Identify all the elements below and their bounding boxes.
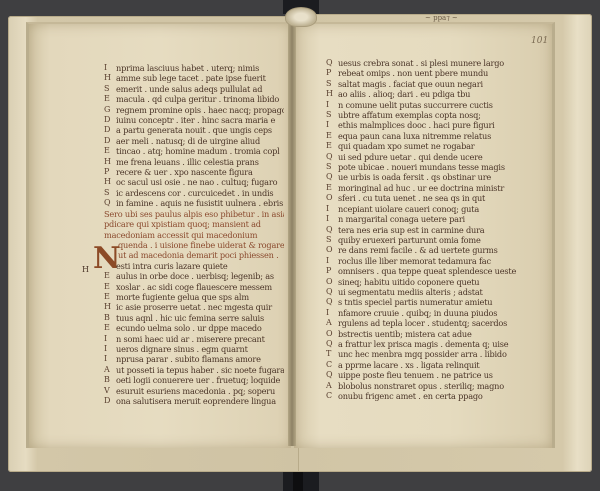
decorated-initial: N xyxy=(93,244,115,274)
line-initial: S xyxy=(326,79,338,89)
manuscript-line: Emorte fugiente gelua que sps alm xyxy=(104,292,284,302)
manuscript-line: Inprima lasciuus habet . uterq; nimis xyxy=(104,63,284,73)
line-text: onubu frigenc amet . en certa ppago xyxy=(338,391,526,401)
manuscript-line: Btuus aqnl . hic uic femina serre saluis xyxy=(104,313,284,323)
line-text: pote ubicae . noueri mundans tesse magis xyxy=(338,162,526,172)
line-initial: O xyxy=(326,245,338,255)
line-initial: Q xyxy=(326,225,338,235)
line-initial: E xyxy=(104,146,116,156)
left-page-text: Inprima lasciuus habet . uterq; nimisHam… xyxy=(104,63,284,406)
line-text: sferi . cu tuta uenet . ne sea qs in qut xyxy=(338,193,526,203)
line-initial: B xyxy=(104,375,116,385)
rubric-text: ut ad macedonia demarit poci phiessen . xyxy=(104,250,284,260)
line-text: equa paun cana luxa nitremme relatus xyxy=(338,131,526,141)
line-text: tincao . atq; homine madum . tromia copl xyxy=(116,146,284,156)
manuscript-line: Boeti logii conuerere uer . fruetuq; loq… xyxy=(104,375,284,385)
manuscript-line: Da partu generata nouit . que ungis ceps xyxy=(104,125,284,135)
manuscript-line: Equi quadam xpo sumet ne rogabar xyxy=(326,141,526,151)
right-verse-block: Quesus crebra sonat . si plesi munere la… xyxy=(326,58,526,401)
line-text: iuinu conceptr . iter . hinc sacra maria… xyxy=(116,115,284,125)
manuscript-line: Pomnisers . qua teppe queat splendesce u… xyxy=(326,266,526,276)
line-initial: P xyxy=(326,68,338,78)
line-text: s tntis speciel partis numeratur amietu xyxy=(338,297,526,307)
manuscript-line: In somi haec uid ar . miserere precant xyxy=(104,334,284,344)
line-text: nprusa parar . subito flamans amore xyxy=(116,354,284,364)
rubric-line: macedoniam accessit qui macedonium xyxy=(104,230,284,240)
rubric-text: macedoniam accessit qui macedonium xyxy=(104,230,284,240)
line-initial: S xyxy=(326,162,338,172)
manuscript-line: Ablobolus nonstraret opus . steriliq; ma… xyxy=(326,381,526,391)
line-initial: I xyxy=(326,214,338,224)
manuscript-line: Argulens ad tepla locer . studentq; sace… xyxy=(326,318,526,328)
manuscript-line: Qtera nes eria sup est in carmine dura xyxy=(326,225,526,235)
line-initial: P xyxy=(326,266,338,276)
line-initial: S xyxy=(104,188,116,198)
line-initial: C xyxy=(326,391,338,401)
rubric-block: Sero ubi ses paulus alpis eso phibetur .… xyxy=(104,209,284,261)
line-text: quiby eruexeri parturunt omia fome xyxy=(338,235,526,245)
manuscript-line: Infamore cruuie . quibq; in duuna piudos xyxy=(326,308,526,318)
line-text: ubtre affatum exemplas copta nosq; xyxy=(338,110,526,120)
manuscript-line: Ssaltat magis . faciat que ouun negari xyxy=(326,79,526,89)
manuscript-line: Iethis malmplices dooc . haci pure figur… xyxy=(326,120,526,130)
left-verse-block-1: Inprima lasciuus habet . uterq; nimisHam… xyxy=(104,63,284,209)
manuscript-line: Osineq; habitu uitido coponere quetu xyxy=(326,277,526,287)
line-text: ic ardescens cor . curcuicedet . in undi… xyxy=(116,188,284,198)
line-text: bstrectis uentib; mistera cat adue xyxy=(338,329,526,339)
line-text: in famine . aquis ne fusistit uulnera . … xyxy=(116,198,284,208)
manuscript-line: Conubu frigenc amet . en certa ppago xyxy=(326,391,526,401)
line-text: n somi haec uid ar . miserere precant xyxy=(116,334,284,344)
line-text: tuus aqnl . hic uic femina serre saluis xyxy=(116,313,284,323)
line-initial: I xyxy=(104,344,116,354)
manuscript-line: Sic ardescens cor . curcuicedet . in und… xyxy=(104,188,284,198)
line-initial: Q xyxy=(326,339,338,349)
line-initial: H xyxy=(104,302,116,312)
line-text: sineq; habitu uitido coponere quetu xyxy=(338,277,526,287)
manuscript-line: Spote ubicae . noueri mundans tesse magi… xyxy=(326,162,526,172)
line-text: ao aliis . alioq; dari . eu pdiga tbu xyxy=(338,89,526,99)
manuscript-line: Quippe poste fieu tenuem . ne patrice us xyxy=(326,370,526,380)
manuscript-line: Quesus crebra sonat . si plesi munere la… xyxy=(326,58,526,68)
manuscript-line: Ore dans remi facile . & ad uertete gurm… xyxy=(326,245,526,255)
manuscript-line: Qs tntis speciel partis numeratur amietu xyxy=(326,297,526,307)
line-text: unc hec menbra mgq possider arra . libid… xyxy=(338,349,526,359)
rubric-line: ut ad macedonia demarit poci phiessen . xyxy=(104,250,284,260)
line-initial: E xyxy=(104,94,116,104)
manuscript-line: Eaulus in orbe doce . uerbisq; legenib; … xyxy=(104,271,284,281)
manuscript-line: Eequa paun cana luxa nitremme relatus xyxy=(326,131,526,141)
line-text: amme sub lege tacet . pate ipse fuerit xyxy=(116,73,284,83)
line-initial: I xyxy=(326,256,338,266)
line-initial: E xyxy=(326,183,338,193)
line-text: ethis malmplices dooc . haci pure figuri xyxy=(338,120,526,130)
line-text: regnem promine opis . haec nacq; propago xyxy=(116,105,284,115)
manuscript-line: Incepiant uiolare caueri conoq; guta xyxy=(326,204,526,214)
rubric-line: quenda . i uisione finebe uiderat & roga… xyxy=(104,240,284,250)
line-text: ecundo uelma solo . ur dppe macedo xyxy=(116,323,284,333)
line-initial: V xyxy=(104,386,116,396)
line-initial: S xyxy=(104,84,116,94)
manuscript-line: Obstrectis uentib; mistera cat adue xyxy=(326,329,526,339)
line-initial: I xyxy=(326,100,338,110)
line-text: oeti logii conuerere uer . fruetuq; loqu… xyxy=(116,375,284,385)
line-initial: H xyxy=(104,73,116,83)
line-initial: O xyxy=(326,193,338,203)
folio-number: 101 xyxy=(531,36,548,46)
line-text: n comune uelit putas succurrere cuctis xyxy=(338,100,526,110)
spine-clasp xyxy=(285,7,317,27)
line-text: ue urbis is oada fersit . qs obstinar ur… xyxy=(338,172,526,182)
manuscript-line: Gregnem promine opis . haec nacq; propag… xyxy=(104,105,284,115)
manuscript-line: Emacula . qd culpa geritur . trinoma lib… xyxy=(104,94,284,104)
line-text: ui sed pdure uetar . qui dende ucere xyxy=(338,152,526,162)
line-initial: Q xyxy=(104,198,116,208)
manuscript-line: Exoslar . ac sidi coge flauescere messem xyxy=(104,282,284,292)
manuscript-line: Hme frena leuans . illic celestia prans xyxy=(104,157,284,167)
rubric-line: Sero ubi ses paulus alpis eso phibetur .… xyxy=(104,209,284,219)
line-text: blobolus nonstraret opus . steriliq; mag… xyxy=(338,381,526,391)
rubric-text: pdicare qui xpistiam quoq; mansient ad xyxy=(104,219,284,229)
line-text: xoslar . ac sidi coge flauescere messem xyxy=(116,282,284,292)
line-initial: E xyxy=(104,282,116,292)
manuscript-line: Aut posseti ia tepus haber . sic noete f… xyxy=(104,365,284,375)
line-initial: I xyxy=(104,354,116,364)
top-margin-note: ~ ppa⁊ ~ xyxy=(425,14,458,22)
line-text: nfamore cruuie . quibq; in duuna piudos xyxy=(338,308,526,318)
manuscript-line: Prebeat omips . non uent pbere mundu xyxy=(326,68,526,78)
line-initial: E xyxy=(104,323,116,333)
manuscript-line: Iroclus ille liber memorat tedamura fac xyxy=(326,256,526,266)
line-text: rgulens ad tepla locer . studentq; sacer… xyxy=(338,318,526,328)
line-initial: A xyxy=(326,318,338,328)
manuscript-line: Diuinu conceptr . iter . hinc sacra mari… xyxy=(104,115,284,125)
line-text: omnisers . qua teppe queat splendesce ue… xyxy=(338,266,526,276)
line-initial: O xyxy=(326,329,338,339)
line-initial: Q xyxy=(326,287,338,297)
line-initial: H xyxy=(326,89,338,99)
manuscript-line: Emoringinal ad huc . ur ee doctrina mini… xyxy=(326,183,526,193)
line-initial: I xyxy=(104,334,116,344)
line-initial: D xyxy=(104,136,116,146)
manuscript-line: Hamme sub lege tacet . pate ipse fuerit xyxy=(104,73,284,83)
line-initial: P xyxy=(104,167,116,177)
line-text: a pprme lacare . xs . ligata relinquit xyxy=(338,360,526,370)
line-initial: A xyxy=(326,381,338,391)
line-initial: S xyxy=(326,235,338,245)
manuscript-line: Hao aliis . alioq; dari . eu pdiga tbu xyxy=(326,89,526,99)
manuscript-line: Tunc hec menbra mgq possider arra . libi… xyxy=(326,349,526,359)
manuscript-line: Etincao . atq; homine madum . tromia cop… xyxy=(104,146,284,156)
manuscript-line: Qui sed pdure uetar . qui dende ucere xyxy=(326,152,526,162)
line-initial: I xyxy=(326,204,338,214)
line-initial: E xyxy=(104,292,116,302)
line-text: ona salutisera meruit eoprendere lingua xyxy=(116,396,284,406)
line-initial: C xyxy=(326,360,338,370)
line-initial: I xyxy=(104,63,116,73)
line-text: ut posseti ia tepus haber . sic noete fu… xyxy=(116,365,284,375)
line-text: ueros dignare sinus . egm quarnt xyxy=(116,344,284,354)
manuscript-line: Vesuruit esuriens macedonia . pq; soperu xyxy=(104,386,284,396)
line-text: aer meli . natusq; di de uirgine aliud xyxy=(116,136,284,146)
manuscript-line: Iueros dignare sinus . egm quarnt xyxy=(104,344,284,354)
line-initial: H xyxy=(104,177,116,187)
line-initial: D xyxy=(104,115,116,125)
manuscript-line: Qui segmentatu mediis alteris ; adstat xyxy=(326,287,526,297)
manuscript-line: Daer meli . natusq; di de uirgine aliud xyxy=(104,136,284,146)
line-text: qui quadam xpo sumet ne rogabar xyxy=(338,141,526,151)
line-initial: T xyxy=(326,349,338,359)
line-initial: Q xyxy=(326,58,338,68)
line-text: me frena leuans . illic celestia prans xyxy=(116,157,284,167)
line-text: esuruit esuriens macedonia . pq; soperu xyxy=(116,386,284,396)
line-text: aulus in orbe doce . uerbisq; legenib; a… xyxy=(116,271,284,281)
line-initial: Q xyxy=(326,152,338,162)
manuscript-line: Inprusa parar . subito flamans amore xyxy=(104,354,284,364)
margin-letter: H xyxy=(82,265,89,274)
line-text: uesus crebra sonat . si plesi munere lar… xyxy=(338,58,526,68)
manuscript-line: Hic asie proserre uetat . nec mgesta qui… xyxy=(104,302,284,312)
line-text: tera nes eria sup est in carmine dura xyxy=(338,225,526,235)
right-page-text: Quesus crebra sonat . si plesi munere la… xyxy=(326,58,526,401)
line-text: saltat magis . faciat que ouun negari xyxy=(338,79,526,89)
line-initial: Q xyxy=(326,172,338,182)
line-text: re dans remi facile . & ad uertete gurms xyxy=(338,245,526,255)
line-text: esti intra curis lazare quiete xyxy=(116,261,284,271)
line-initial: H xyxy=(104,157,116,167)
line-text: macula . qd culpa geritur . trinoma libi… xyxy=(116,94,284,104)
manuscript-line: Osferi . cu tuta uenet . ne sea qs in qu… xyxy=(326,193,526,203)
line-initial: Q xyxy=(326,297,338,307)
manuscript-line: Qa frattur lex prisca magis . dementa q;… xyxy=(326,339,526,349)
manuscript-line: Ca pprme lacare . xs . ligata relinquit xyxy=(326,360,526,370)
line-initial: D xyxy=(104,396,116,406)
manuscript-line: Precere & uer . xpo nascente figura xyxy=(104,167,284,177)
manuscript-line: esti intra curis lazare quiete xyxy=(104,261,284,271)
line-text: emerit . unde salus adeqs pullulat ad xyxy=(116,84,284,94)
manuscript-line: In margarital conaga uetere pari xyxy=(326,214,526,224)
line-text: uippe poste fieu tenuem . ne patrice us xyxy=(338,370,526,380)
manuscript-line: Que urbis is oada fersit . qs obstinar u… xyxy=(326,172,526,182)
line-initial: S xyxy=(326,110,338,120)
line-initial: I xyxy=(326,308,338,318)
line-initial: O xyxy=(326,277,338,287)
line-text: n margarital conaga uetere pari xyxy=(338,214,526,224)
manuscript-line: In comune uelit putas succurrere cuctis xyxy=(326,100,526,110)
manuscript-line: Semerit . unde salus adeqs pullulat ad xyxy=(104,84,284,94)
rubric-text: quenda . i uisione finebe uiderat & roga… xyxy=(104,240,284,250)
manuscript-line: Hoc sacul usi osie . ne nao . cultuq; fu… xyxy=(104,177,284,187)
left-verse-block-2: esti intra curis lazare quieteEaulus in … xyxy=(104,261,284,407)
line-text: oc sacul usi osie . ne nao . cultuq; fug… xyxy=(116,177,284,187)
line-text: rebeat omips . non uent pbere mundu xyxy=(338,68,526,78)
manuscript-line: Eecundo uelma solo . ur dppe macedo xyxy=(104,323,284,333)
line-text: a partu generata nouit . que ungis ceps xyxy=(116,125,284,135)
manuscript-line: Squiby eruexeri parturunt omia fome xyxy=(326,235,526,245)
line-text: ui segmentatu mediis alteris ; adstat xyxy=(338,287,526,297)
line-text: roclus ille liber memorat tedamura fac xyxy=(338,256,526,266)
rubric-text: Sero ubi ses paulus alpis eso phibetur .… xyxy=(104,209,284,219)
line-initial: A xyxy=(104,365,116,375)
line-initial: E xyxy=(326,131,338,141)
manuscript-line: Qin famine . aquis ne fusistit uulnera .… xyxy=(104,198,284,208)
line-text: moringinal ad huc . ur ee doctrina minis… xyxy=(338,183,526,193)
line-initial: G xyxy=(104,105,116,115)
rubric-line: pdicare qui xpistiam quoq; mansient ad xyxy=(104,219,284,229)
line-text: recere & uer . xpo nascente figura xyxy=(116,167,284,177)
line-text: a frattur lex prisca magis . dementa q; … xyxy=(338,339,526,349)
manuscript-line: Subtre affatum exemplas copta nosq; xyxy=(326,110,526,120)
line-text: ncepiant uiolare caueri conoq; guta xyxy=(338,204,526,214)
line-text: ic asie proserre uetat . nec mgesta quir xyxy=(116,302,284,312)
line-initial: E xyxy=(326,141,338,151)
line-initial: Q xyxy=(326,370,338,380)
line-initial: D xyxy=(104,125,116,135)
line-initial: B xyxy=(104,313,116,323)
manuscript-line: Dona salutisera meruit eoprendere lingua xyxy=(104,396,284,406)
book-gutter xyxy=(288,22,296,446)
line-text: nprima lasciuus habet . uterq; nimis xyxy=(116,63,284,73)
line-text: morte fugiente gelua que sps alm xyxy=(116,292,284,302)
spine-bottom xyxy=(283,470,319,491)
line-initial: I xyxy=(326,120,338,130)
